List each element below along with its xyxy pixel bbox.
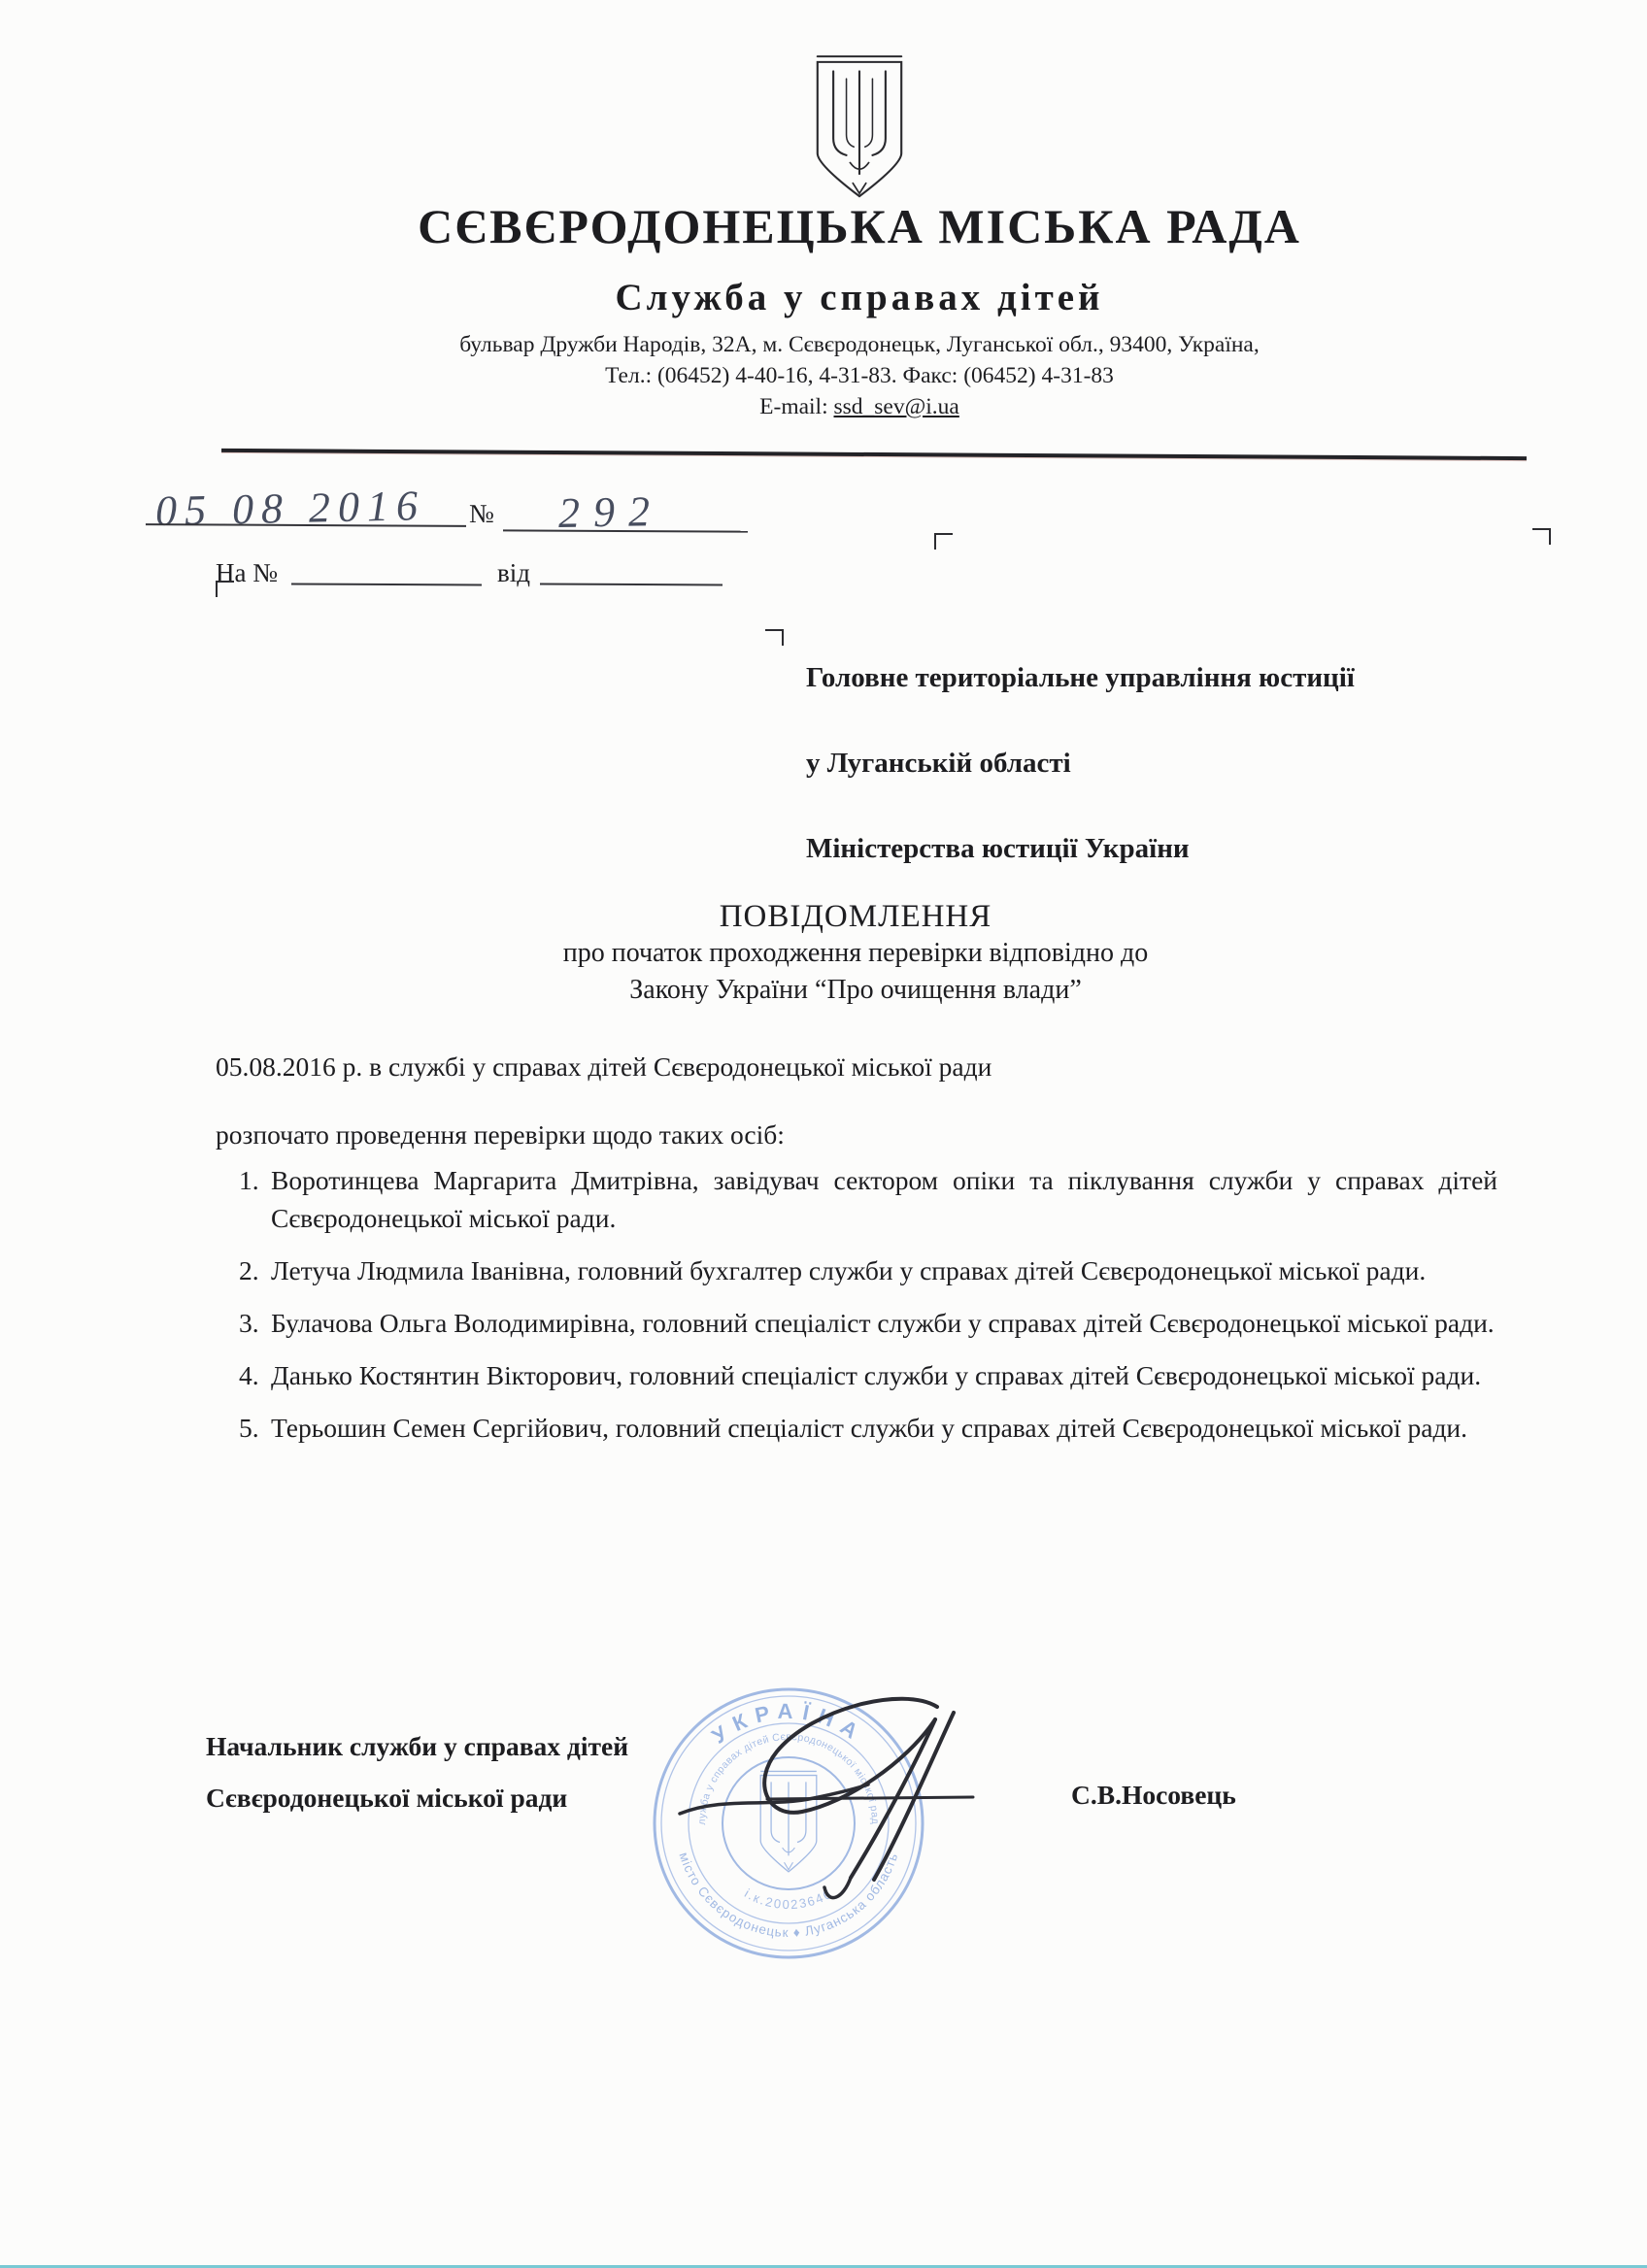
document-subtitle: Закону України “Про очищення влади” (216, 975, 1496, 1006)
corner-mark (765, 629, 784, 646)
recipient-line: у Луганській області (806, 748, 1525, 780)
person-number: 3. (239, 1304, 259, 1342)
document-title: ПОВІДОМЛЕННЯ (216, 899, 1496, 935)
email-label: E-mail: (759, 394, 833, 419)
organization-name: СЄВЄРОДОНЕЦЬКА МІСЬКА РАДА (73, 198, 1646, 254)
email-link[interactable]: ssd_sev@i.ua (834, 394, 959, 419)
person-number: 5. (239, 1409, 259, 1447)
person-number: 4. (239, 1356, 259, 1394)
address-line: бульвар Дружби Народів, 32А, м. Сєвєродо… (73, 332, 1646, 358)
body-paragraph: розпочато проведення перевірки щодо таки… (216, 1119, 1497, 1151)
person-list-item: 2.Летуча Людмила Іванівна, головний бухг… (239, 1251, 1497, 1289)
persons-list: 1.Воротинцева Маргарита Дмитрівна, завід… (239, 1161, 1497, 1461)
recipient-line: Міністерства юстиції України (806, 833, 1525, 865)
recipient-line: Головне територіальне управління юстиції (806, 662, 1525, 694)
document-subtitle: про початок проходження перевірки відпов… (216, 938, 1496, 969)
body-paragraph: 05.08.2016 р. в службі у справах дітей С… (216, 1051, 1497, 1083)
person-number: 2. (239, 1251, 259, 1289)
number-sign: № (469, 499, 494, 529)
signature (622, 1670, 1010, 1922)
document-page: СЄВЄРОДОНЕЦЬКА МІСЬКА РАДА Служба у спра… (0, 0, 1647, 2268)
na-no-blank-line (291, 583, 482, 585)
handwritten-date: 05 08 2016 (154, 481, 425, 536)
vid-blank-line (540, 584, 723, 586)
signer-name: С.В.Носовець (1071, 1780, 1236, 1811)
person-list-item: 4.Данько Костянтин Вікторович, головний … (239, 1356, 1497, 1394)
corner-mark (934, 533, 953, 550)
person-text: Воротинцева Маргарита Дмитрівна, завідув… (271, 1165, 1497, 1233)
person-text: Данько Костянтин Вікторович, головний сп… (271, 1360, 1481, 1390)
vid-label: від (497, 558, 530, 588)
corner-mark (1532, 528, 1551, 545)
email-line: E-mail: ssd_sev@i.ua (73, 394, 1646, 420)
person-text: Летуча Людмила Іванівна, головний бухгал… (271, 1255, 1426, 1285)
person-number: 1. (239, 1161, 259, 1199)
department-name: Служба у справах дітей (73, 276, 1646, 319)
person-list-item: 5.Терьошин Семен Сергійович, головний сп… (239, 1409, 1497, 1447)
person-list-item: 3.Булачова Ольга Володимирівна, головний… (239, 1304, 1497, 1342)
header-divider (221, 449, 1527, 460)
person-text: Булачова Ольга Володимирівна, головний с… (271, 1308, 1495, 1338)
person-list-item: 1.Воротинцева Маргарита Дмитрівна, завід… (239, 1161, 1497, 1237)
corner-mark (216, 581, 234, 597)
coat-of-arms-icon (813, 54, 906, 204)
phone-fax-line: Тел.: (06452) 4-40-16, 4-31-83. Факс: (0… (73, 363, 1646, 389)
person-text: Терьошин Семен Сергійович, головний спец… (271, 1413, 1467, 1443)
